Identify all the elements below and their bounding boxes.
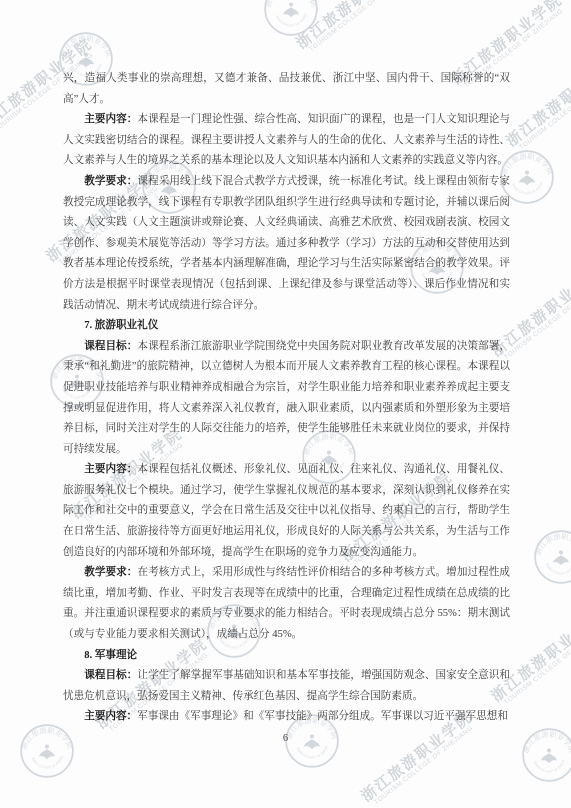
seal-emblem [519, 170, 535, 185]
paragraph-text: 兴，造福人类事业的崇高理想，又德才兼备、品技兼优、浙江中坚、国内骨干、国际称誉的… [63, 73, 510, 105]
paragraph-text: 军事课由《军事理论》和《军事技能》两部分组成。军事课以习近平强军思想和 [137, 711, 508, 722]
page-content: 兴，造福人类事业的崇高理想，又德才兼备、品技兼优、浙江中坚、国内骨干、国际称誉的… [63, 0, 510, 728]
college-seal-watermark-icon: 浙江旅游职业学院TOURISM COLLEGE OF ZHEJIANG [18, 722, 76, 780]
document-page: 浙江旅游职业学院TOURISM COLLEGE OF ZHEJIANG 浙江旅游… [0, 0, 571, 808]
heading-text: 7. 旅游职业礼仪 [84, 320, 158, 331]
paragraph-main-content: 主要内容：本课程包括礼仪概述、形象礼仪、见面礼仪、往来礼仪、沟通礼仪、用餐礼仪、… [63, 460, 510, 563]
paragraph-text: 本课程包括礼仪概述、形象礼仪、见面礼仪、往来礼仪、沟通礼仪、用餐礼仪、旅游服务礼… [63, 464, 510, 557]
svg-text:TOURISM COLLEGE OF ZHEJIANG: TOURISM COLLEGE OF ZHEJIANG [532, 528, 571, 575]
paragraph-main-content: 主要内容：军事课由《军事理论》和《军事技能》两部分组成。军事课以习近平强军思想和 [63, 707, 510, 728]
paragraph-label: 课程目标： [84, 341, 137, 352]
page-number: 6 [0, 733, 571, 744]
paragraph-continuation: 兴，造福人类事业的崇高理想，又德才兼备、品技兼优、浙江中坚、国内骨干、国际称誉的… [63, 69, 510, 110]
paragraph-teaching-requirements: 教学要求：在考核方式上，采用形成性与终结性评价相结合的多种考核方式。增加过程性成… [63, 563, 510, 645]
paragraph-course-goals: 课程目标：本课程系浙江旅游职业学院围绕党中央国务院对职业教育改革发展的决策部署，… [63, 337, 510, 461]
paragraph-label: 主要内容： [84, 711, 137, 722]
paragraph-label: 主要内容： [84, 464, 137, 475]
paragraph-teaching-requirements: 教学要求：课程采用线上线下混合式教学方式授课，统一标准化考试。线上课程由领衔专家… [63, 172, 510, 316]
seal-ring [535, 531, 571, 583]
seal-emblem [553, 550, 569, 565]
paragraph-label: 主要内容： [84, 114, 137, 125]
section-heading-8: 8. 军事理论 [63, 646, 510, 667]
seal-emblem [541, 748, 557, 763]
paragraph-label: 教学要求： [84, 567, 137, 578]
seal-emblem [39, 744, 55, 759]
paragraph-text: 本课程系浙江旅游职业学院围绕党中央国务院对职业教育改革发展的决策部署，秉承“和礼… [63, 341, 510, 455]
paragraph-label: 课程目标： [84, 670, 137, 681]
paragraph-main-content: 主要内容：本课程是一门理论性强、综合性高、知识面广的课程，也是一门人文知识理论与… [63, 110, 510, 172]
paragraph-text: 课程采用线上线下混合式教学方式授课，统一标准化考试。线上课程由领衔专家教授完成理… [63, 176, 510, 311]
paragraph-course-goals: 课程目标：让学生了解掌握军事基础知识和基本军事技能，增强国防观念、国家安全意识和… [63, 666, 510, 707]
svg-text:浙江旅游职业学院: 浙江旅游职业学院 [533, 532, 571, 558]
college-seal-watermark-icon: 浙江旅游职业学院TOURISM COLLEGE OF ZHEJIANG [532, 528, 571, 586]
heading-text: 8. 军事理论 [84, 650, 137, 661]
section-heading-7: 7. 旅游职业礼仪 [63, 316, 510, 337]
svg-text:TOURISM COLLEGE OF ZHEJIANG: TOURISM COLLEGE OF ZHEJIANG [18, 722, 64, 769]
paragraph-label: 教学要求： [84, 176, 137, 187]
college-name-watermark: 浙江旅游职业学院TOURISM COLLEGE OF ZHEJIANG [501, 51, 571, 155]
